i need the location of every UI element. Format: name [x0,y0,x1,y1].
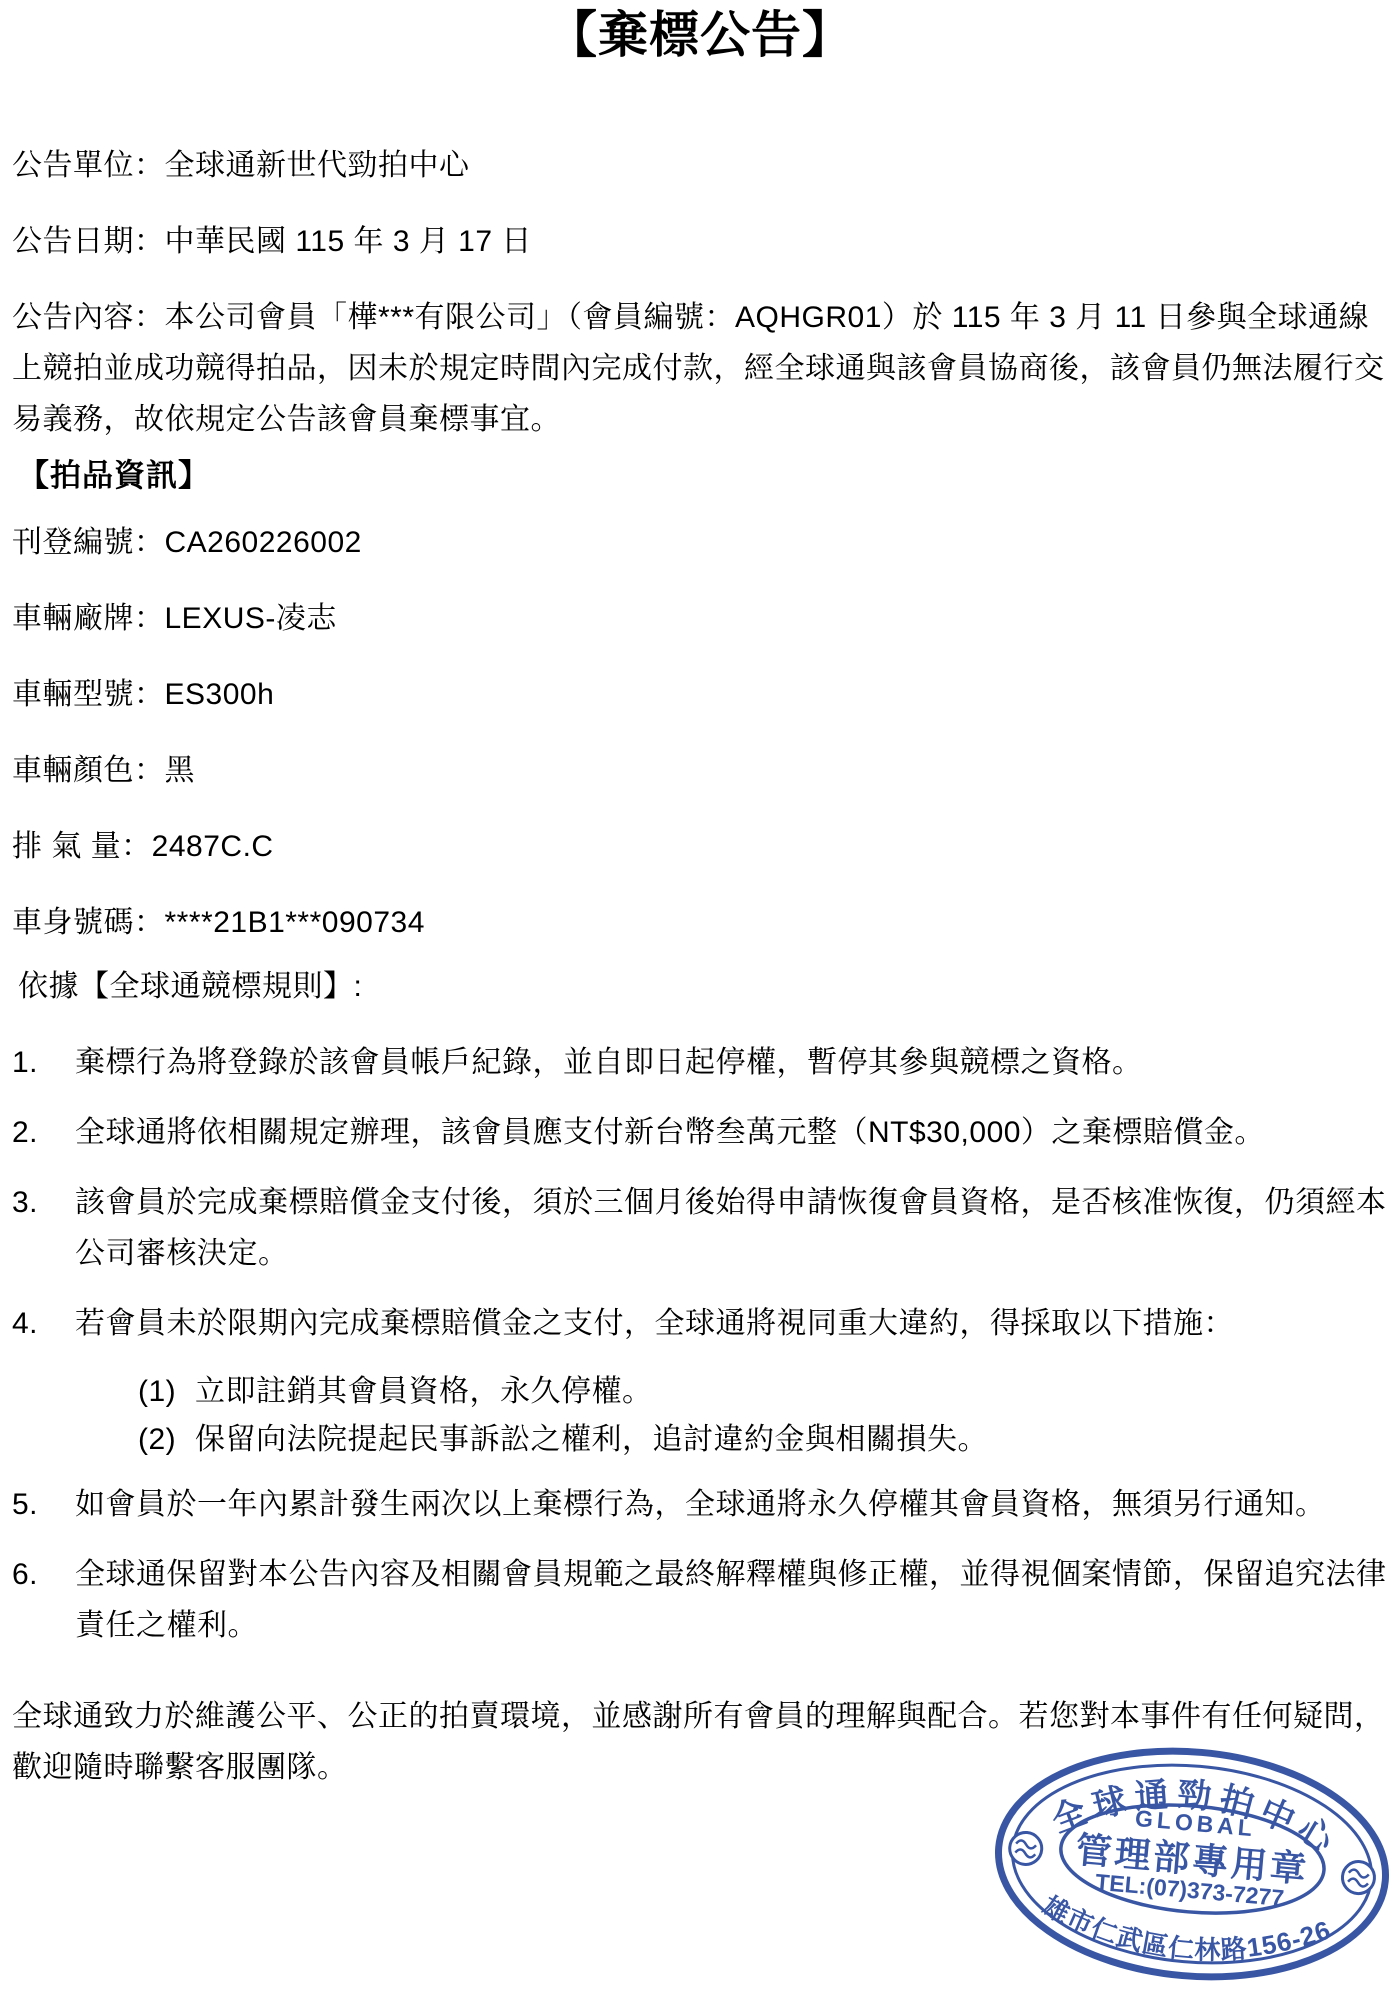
rule-text: 該會員於完成棄標賠償金支付後，須於三個月後始得申請恢復會員資格，是否核准恢復，仍… [75,1177,1388,1279]
rule-text: 全球通保留對本公告內容及相關會員規範之最終解釋權與修正權，並得視個案情節，保留追… [75,1549,1388,1651]
rule-item-2: 2. 全球通將依相關規定辦理，該會員應支付新台幣叁萬元整（NT$30,000）之… [12,1107,1388,1158]
item-info-vin: 車身號碼：****21B1***090734 [12,897,1388,948]
rule-item-3: 3. 該會員於完成棄標賠償金支付後，須於三個月後始得申請恢復會員資格，是否核准恢… [12,1177,1388,1279]
rule-text: 全球通將依相關規定辦理，該會員應支付新台幣叁萬元整（NT$30,000）之棄標賠… [75,1107,1388,1158]
item-info-vehicle-brand: 車輛廠牌：LEXUS-凌志 [12,593,1388,644]
item-info-heading: 【拍品資訊】 [12,450,1388,501]
rule-text: 棄標行為將登錄於該會員帳戶紀錄，並自即日起停權，暫停其參與競標之資格。 [75,1037,1388,1088]
rule-text: 如會員於一年內累計發生兩次以上棄標行為，全球通將永久停權其會員資格，無須另行通知… [75,1479,1388,1530]
rule-number: 3. [12,1177,75,1279]
rule-item-4-sub-1: (1) 立即註銷其會員資格，永久停權。 [138,1368,1388,1416]
item-info-displacement: 排 氣 量：2487C.C [12,821,1388,872]
rule-item-1: 1. 棄標行為將登錄於該會員帳戶紀錄，並自即日起停權，暫停其參與競標之資格。 [12,1037,1388,1088]
rule-number: 6. [12,1549,75,1651]
subrule-number: (1) [138,1368,195,1416]
announcement-document: 【棄標公告】 公告單位：全球通新世代勁拍中心 公告日期：中華民國 115 年 3… [0,0,1400,1980]
item-info-vehicle-model: 車輛型號：ES300h [12,669,1388,720]
rule-number: 5. [12,1479,75,1530]
item-info-vehicle-color: 車輛顏色：黑 [12,745,1388,796]
company-seal-graphic: 全球通勁拍中心 GLOBAL 管理部專用章 TEL:(07)373-7277 高… [982,1734,1400,1980]
seal-left-emblem-icon [1008,1831,1043,1866]
subrule-number: (2) [138,1416,195,1464]
rule-number: 1. [12,1037,75,1088]
rules-lead: 依據【全球通競標規則】: [12,961,1388,1012]
rule-item-4-sub-2: (2) 保留向法院提起民事訴訟之權利，追討違約金與相關損失。 [138,1416,1388,1464]
subrule-text: 保留向法院提起民事訴訟之權利，追討違約金與相關損失。 [195,1416,988,1464]
rule-item-4: 4. 若會員未於限期內完成棄標賠償金之支付，全球通將視同重大違約，得採取以下措施… [12,1298,1388,1349]
company-seal: 全球通勁拍中心 GLOBAL 管理部專用章 TEL:(07)373-7277 高… [982,1734,1400,1980]
page-title: 【棄標公告】 [12,4,1388,66]
rule-text: 若會員未於限期內完成棄標賠償金之支付，全球通將視同重大違約，得採取以下措施： [75,1298,1388,1349]
rule-item-6: 6. 全球通保留對本公告內容及相關會員規範之最終解釋權與修正權，並得視個案情節，… [12,1549,1388,1651]
announcement-date: 公告日期：中華民國 115 年 3 月 17 日 [12,216,1388,267]
seal-right-emblem-icon [1341,1860,1376,1895]
rule-item-5: 5. 如會員於一年內累計發生兩次以上棄標行為，全球通將永久停權其會員資格，無須另… [12,1479,1388,1530]
item-info-listing-number: 刊登編號：CA260226002 [12,517,1388,568]
announcement-unit: 公告單位：全球通新世代勁拍中心 [12,140,1388,191]
rule-number: 4. [12,1298,75,1349]
rule-number: 2. [12,1107,75,1158]
announcement-content: 公告內容：本公司會員「樺***有限公司」（會員編號：AQHGR01）於 115 … [12,292,1388,445]
subrule-text: 立即註銷其會員資格，永久停權。 [195,1368,653,1416]
